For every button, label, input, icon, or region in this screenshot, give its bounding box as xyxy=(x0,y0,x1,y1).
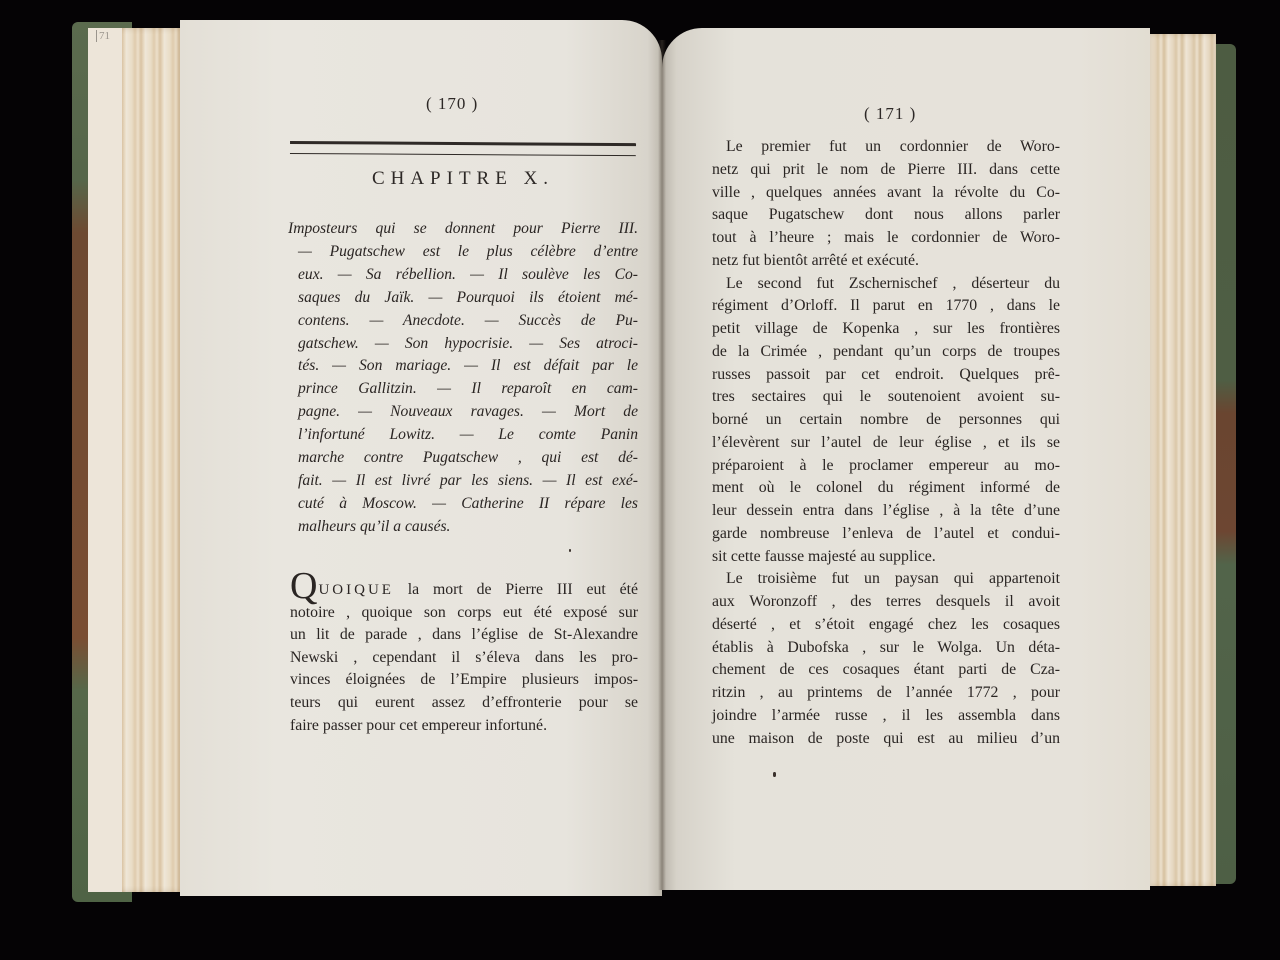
summary-line: malheurs qu’il a causés. xyxy=(288,516,638,539)
text-line: netz qui prit le nom de Pierre III. dans… xyxy=(712,159,1060,182)
drop-cap: Q xyxy=(290,565,317,607)
summary-line: gatschew. — Son hypocrisie. — Ses atroci… xyxy=(288,333,638,356)
text-line: de la Crimée , pendant qu’un corps de tr… xyxy=(712,341,1060,364)
text-line: une maison de poste qui est au milieu d’… xyxy=(712,728,1060,751)
text-line: l’élevèrent sur l’autel de leur église ,… xyxy=(712,432,1060,455)
text-line: ville , quelques années avant la révolte… xyxy=(712,182,1060,205)
text-line: petit village de Kopenka , sur les front… xyxy=(712,318,1060,341)
ink-speck xyxy=(569,549,571,552)
summary-line: fait. — Il est livré par les siens. — Il… xyxy=(288,470,638,493)
text-line: Le second fut Zschernischef , déserteur … xyxy=(712,273,1060,296)
summary-line: cuté à Moscow. — Catherine II répare les xyxy=(288,493,638,516)
page-edges-left xyxy=(88,28,180,892)
text-line: vinces éloignées de l’Empire plusieurs i… xyxy=(290,669,638,692)
summary-line: tés. — Son mariage. — Il est défait par … xyxy=(288,355,638,378)
page-number-left: ( 170 ) xyxy=(426,94,478,114)
ink-speck xyxy=(773,772,776,777)
text-line: borné un certain nombre de personnes qui xyxy=(712,409,1060,432)
text-line: ritzin , au printems de l’année 1772 , p… xyxy=(712,682,1060,705)
text-line: préparoient à le proclamer empereur au m… xyxy=(712,455,1060,478)
text-line: tres sectaires qui le soutenoient avoien… xyxy=(712,386,1060,409)
text-line: Le premier fut un cordonnier de Woro- xyxy=(712,136,1060,159)
text-line: faire passer pour cet empereur infortuné… xyxy=(290,715,638,738)
right-body-text: Le premier fut un cordonnier de Woro- ne… xyxy=(712,136,1060,750)
text-line: joindre l’armée russe , il les assembla … xyxy=(712,705,1060,728)
summary-line: prince Gallitzin. — Il reparoît en cam- xyxy=(288,378,638,401)
text-line: Newski , cependant il s’éleva dans les p… xyxy=(290,647,638,670)
text-line: aux Woronzoff , des terres desquels il a… xyxy=(712,591,1060,614)
summary-line: — Pugatschew est le plus célèbre d’entre xyxy=(288,241,638,264)
text-line: un lit de parade , dans l’église de St-A… xyxy=(290,624,638,647)
chapter-rule xyxy=(290,141,636,156)
summary-line: l’infortuné Lowitz. — Le comte Panin xyxy=(288,424,638,447)
gutter xyxy=(658,40,666,890)
text-line: ment où le colonel du régiment informé d… xyxy=(712,477,1060,500)
text-line: leur dessein entra dans l’église , à la … xyxy=(712,500,1060,523)
text-line: saque Pugatschew dont nous allons parler xyxy=(712,204,1060,227)
text-line: sit cette fausse majesté au supplice. xyxy=(712,546,1060,569)
page-number-right: ( 171 ) xyxy=(864,104,916,124)
flyleaf xyxy=(88,28,122,892)
opening-line-rest: la mort de Pierre III eut été xyxy=(408,581,638,598)
text-line: établis à Dubofska , sur le Wolga. Un dé… xyxy=(712,637,1060,660)
summary-line: saques du Jaïk. — Pourquoi ils étoient m… xyxy=(288,287,638,310)
text-line: Le troisième fut un paysan qui apparteno… xyxy=(712,568,1060,591)
text-line: régiment d’Orloff. Il parut en 1770 , da… xyxy=(712,295,1060,318)
text-line: netz fut bientôt arrêté et exécuté. xyxy=(712,250,1060,273)
summary-line: marche contre Pugatschew , qui est dé- xyxy=(288,447,638,470)
summary-line: contens. — Anecdote. — Succès de Pu- xyxy=(288,310,638,333)
left-body-text: QUOIQUE la mort de Pierre III eut été no… xyxy=(290,576,638,737)
text-line: tout à l’heure ; mais le cordonnier de W… xyxy=(712,227,1060,250)
text-line: russes passoit par cet endroit. Quelques… xyxy=(712,364,1060,387)
page-edges-right xyxy=(1150,34,1216,886)
text-line: teurs qui eurent assez d’effronterie pou… xyxy=(290,692,638,715)
shelfmark: 71 xyxy=(96,30,110,42)
small-caps-word: UOIQUE xyxy=(318,582,394,598)
chapter-title: CHAPITRE X. xyxy=(290,168,636,190)
summary-line: pagne. — Nouveaux ravages. — Mort de xyxy=(288,401,638,424)
chapter-summary: Imposteurs qui se donnent pour Pierre II… xyxy=(288,218,638,539)
text-line: notoire , quoique son corps eut été expo… xyxy=(290,602,638,625)
text-line: garde nombreuse l’enleva de l’autel et c… xyxy=(712,523,1060,546)
text-line: déserté , et s’étoit engagé chez les cos… xyxy=(712,614,1060,637)
summary-line: eux. — Sa rébellion. — Il soulève les Co… xyxy=(288,264,638,287)
text-line: chement de ces cosaques étant parti de C… xyxy=(712,659,1060,682)
summary-line: Imposteurs qui se donnent pour Pierre II… xyxy=(288,218,638,241)
opening-line: QUOIQUE la mort de Pierre III eut été xyxy=(290,576,638,602)
